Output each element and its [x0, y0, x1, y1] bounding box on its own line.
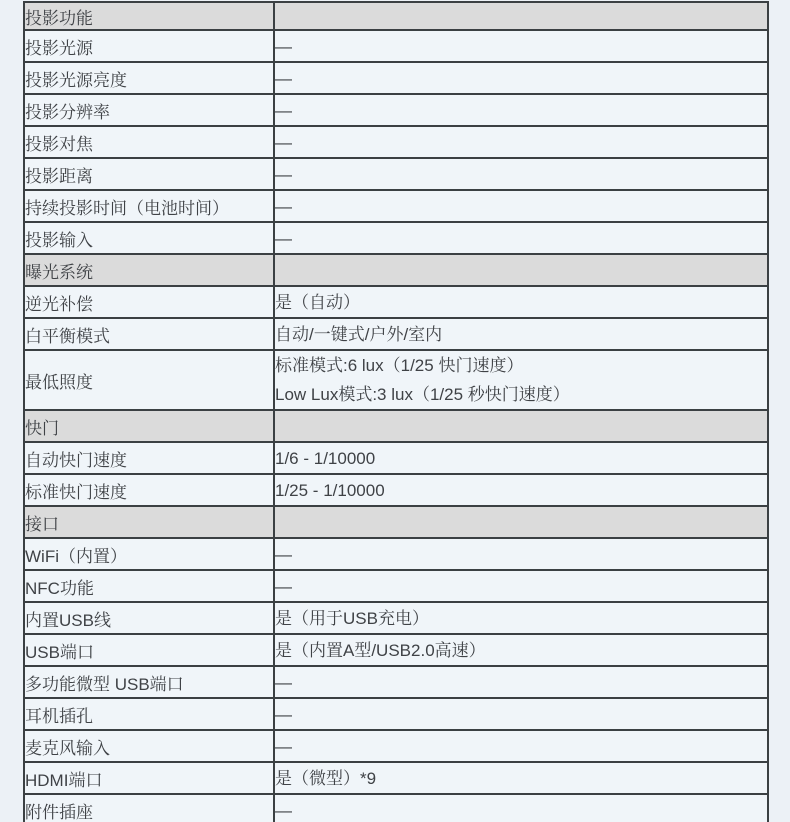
spec-label: 多功能微型 USB端口 — [24, 666, 274, 698]
spec-value: — — [274, 538, 768, 570]
section-row-projection: 投影功能 — [24, 2, 768, 30]
spec-row: 投影对焦 — — [24, 126, 768, 158]
spec-label: 投影对焦 — [24, 126, 274, 158]
spec-row: 投影光源 — — [24, 30, 768, 62]
spec-value: — — [274, 698, 768, 730]
spec-label: 投影光源 — [24, 30, 274, 62]
spec-value: — — [274, 30, 768, 62]
spec-value: — — [274, 222, 768, 254]
spec-value: — — [274, 666, 768, 698]
spec-row: HDMI端口 是（微型）*9 — [24, 762, 768, 794]
spec-value: — — [274, 126, 768, 158]
spec-label: NFC功能 — [24, 570, 274, 602]
spec-row: 投影分辨率 — — [24, 94, 768, 126]
section-value — [274, 254, 768, 286]
spec-row: 逆光补偿 是（自动） — [24, 286, 768, 318]
spec-value: 是（微型）*9 — [274, 762, 768, 794]
spec-value: — — [274, 730, 768, 762]
spec-row: WiFi（内置） — — [24, 538, 768, 570]
spec-label: USB端口 — [24, 634, 274, 666]
section-value — [274, 2, 768, 30]
spec-label: 白平衡模式 — [24, 318, 274, 350]
spec-value: 是（用于USB充电） — [274, 602, 768, 634]
section-value — [274, 506, 768, 538]
spec-row: 耳机插孔 — — [24, 698, 768, 730]
spec-label: 最低照度 — [24, 350, 274, 410]
spec-value: — — [274, 794, 768, 822]
spec-row: 最低照度 标准模式:6 lux（1/25 快门速度） Low Lux模式:3 l… — [24, 350, 768, 410]
spec-value: — — [274, 570, 768, 602]
spec-label: 内置USB线 — [24, 602, 274, 634]
spec-row: 投影光源亮度 — — [24, 62, 768, 94]
spec-row: USB端口 是（内置A型/USB2.0高速） — [24, 634, 768, 666]
spec-label: 耳机插孔 — [24, 698, 274, 730]
section-row-interface: 接口 — [24, 506, 768, 538]
spec-row: 多功能微型 USB端口 — — [24, 666, 768, 698]
spec-label: 附件插座 — [24, 794, 274, 822]
spec-row: 附件插座 — — [24, 794, 768, 822]
section-title: 接口 — [24, 506, 274, 538]
spec-row: 持续投影时间（电池时间） — — [24, 190, 768, 222]
section-row-exposure: 曝光系统 — [24, 254, 768, 286]
spec-row: 投影输入 — — [24, 222, 768, 254]
spec-label: 标准快门速度 — [24, 474, 274, 506]
spec-row: 麦克风输入 — — [24, 730, 768, 762]
section-row-shutter: 快门 — [24, 410, 768, 442]
spec-value: — — [274, 190, 768, 222]
spec-value: 是（自动） — [274, 286, 768, 318]
spec-label: WiFi（内置） — [24, 538, 274, 570]
section-value — [274, 410, 768, 442]
spec-value: — — [274, 62, 768, 94]
spec-value: 1/25 - 1/10000 — [274, 474, 768, 506]
spec-label: 逆光补偿 — [24, 286, 274, 318]
spec-label: 麦克风输入 — [24, 730, 274, 762]
spec-row: NFC功能 — — [24, 570, 768, 602]
spec-value: 自动/一键式/户外/室内 — [274, 318, 768, 350]
spec-value: — — [274, 94, 768, 126]
spec-value: 是（内置A型/USB2.0高速） — [274, 634, 768, 666]
spec-label: 投影输入 — [24, 222, 274, 254]
spec-label: 持续投影时间（电池时间） — [24, 190, 274, 222]
section-title: 快门 — [24, 410, 274, 442]
spec-value: — — [274, 158, 768, 190]
spec-row: 标准快门速度 1/25 - 1/10000 — [24, 474, 768, 506]
spec-label: HDMI端口 — [24, 762, 274, 794]
spec-row: 投影距离 — — [24, 158, 768, 190]
spec-row: 白平衡模式 自动/一键式/户外/室内 — [24, 318, 768, 350]
spec-value: 标准模式:6 lux（1/25 快门速度） Low Lux模式:3 lux（1/… — [274, 350, 768, 410]
section-title: 曝光系统 — [24, 254, 274, 286]
spec-label: 自动快门速度 — [24, 442, 274, 474]
spec-label: 投影光源亮度 — [24, 62, 274, 94]
spec-page: 投影功能 投影光源 — 投影光源亮度 — 投影分辨率 — 投影对焦 — 投影距离 — [0, 0, 790, 822]
spec-value: 1/6 - 1/10000 — [274, 442, 768, 474]
section-title: 投影功能 — [24, 2, 274, 30]
spec-table: 投影功能 投影光源 — 投影光源亮度 — 投影分辨率 — 投影对焦 — 投影距离 — [23, 1, 769, 822]
spec-label: 投影距离 — [24, 158, 274, 190]
spec-row: 内置USB线 是（用于USB充电） — [24, 602, 768, 634]
spec-row: 自动快门速度 1/6 - 1/10000 — [24, 442, 768, 474]
spec-label: 投影分辨率 — [24, 94, 274, 126]
